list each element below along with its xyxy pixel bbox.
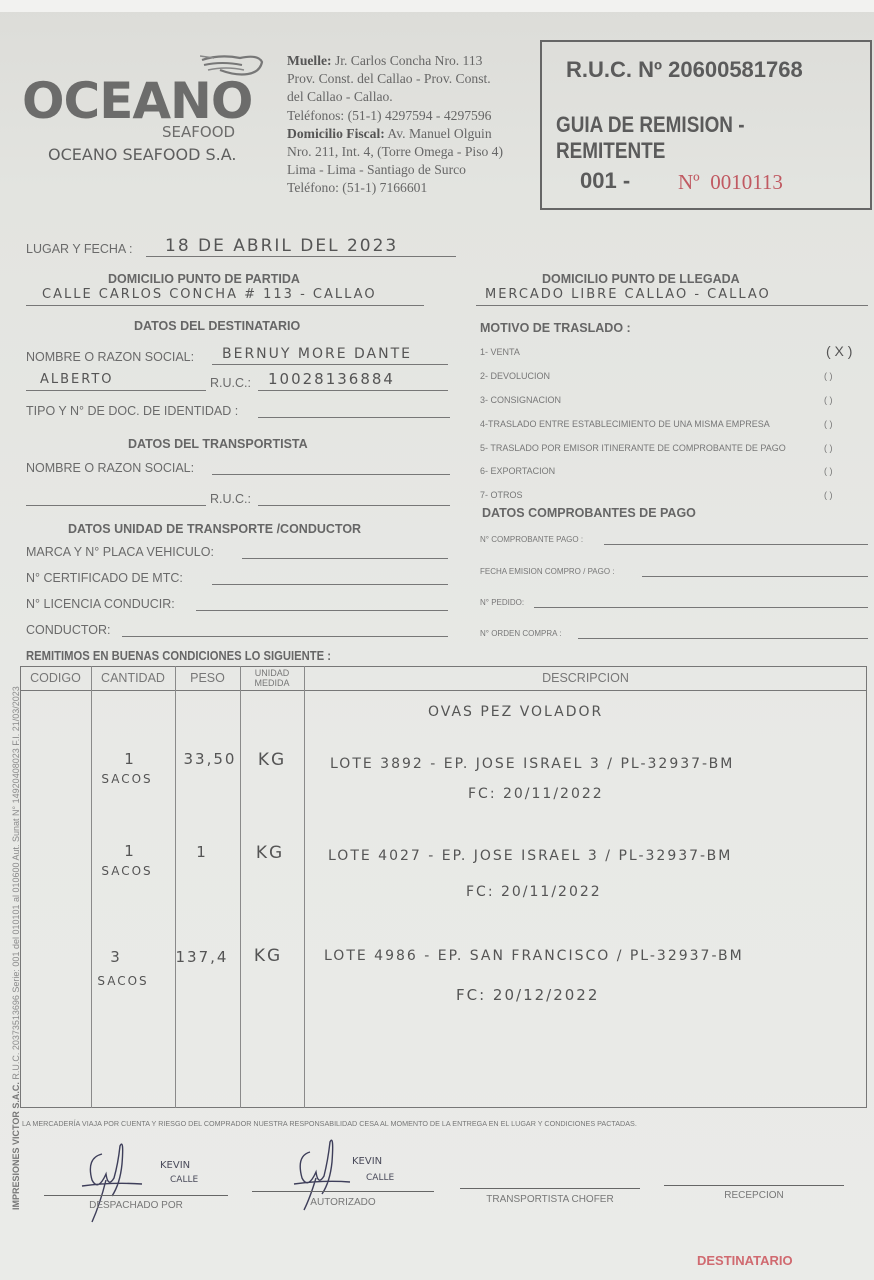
column-divider	[91, 666, 92, 1108]
motivo-option-otros: 7- OTROS	[480, 490, 523, 500]
destinatario-ruc-label: R.U.C.:	[210, 376, 251, 390]
lugar-fecha-line	[146, 256, 456, 257]
destinatario-nombre-value[interactable]: BERNUY MORE DANTE	[222, 346, 412, 362]
motivo-option-devolucion: 2- DEVOLUCION	[480, 371, 550, 381]
address-line: Nro. 211, Int. 4, (Torre Omega - Piso 4)	[287, 143, 537, 161]
unidad-licencia-label: N° LICENCIA CONDUCIR:	[26, 597, 175, 611]
signature-line-transportista[interactable]	[460, 1188, 640, 1189]
motivo-title: MOTIVO DE TRASLADO :	[480, 321, 631, 335]
column-header-unidad-medida: UNIDAD MEDIDA	[240, 666, 304, 690]
destinatario-title: DATOS DEL DESTINATARIO	[134, 319, 300, 333]
row-3-descripcion: LOTE 4986 - EP. SAN FRANCISCO / PL-32937…	[324, 948, 744, 964]
printer-imprint: IMPRESIONES VICTOR S.A.C. R.U.C. 2037351…	[11, 686, 21, 1210]
motivo-checkbox-devolucion[interactable]: ( )	[824, 371, 833, 381]
logo-subtitle: SEAFOOD	[162, 123, 235, 141]
unidad-licencia-line[interactable]	[196, 610, 448, 611]
destinatario-nombre-label: NOMBRE O RAZON SOCIAL:	[26, 350, 194, 364]
signature-line-despachado	[44, 1195, 228, 1196]
address-line: Teléfono: (51-1) 7166601	[287, 179, 537, 197]
motivo-checkbox-venta[interactable]: ( X )	[826, 343, 852, 359]
destinatario-nombre-line-2	[26, 390, 206, 391]
logo-wordmark: OCEANO	[22, 72, 252, 130]
comprobante-pago-label: N° COMPROBANTE PAGO :	[480, 535, 583, 544]
comprobante-pago-line[interactable]	[604, 544, 868, 545]
svg-text:CALLE: CALLE	[366, 1173, 394, 1183]
motivo-checkbox-exportacion[interactable]: ( )	[824, 466, 833, 476]
row-3-peso: 137,4	[172, 948, 232, 966]
unidad-conductor-line[interactable]	[122, 636, 448, 637]
destinatario-doc-line[interactable]	[258, 417, 450, 418]
row-3-cantidad: 3	[86, 948, 146, 966]
address-line: del Callao - Callao.	[287, 88, 537, 106]
company-name: OCEANO SEAFOOD S.A.	[48, 145, 236, 164]
llegada-value[interactable]: MERCADO LIBRE CALLAO - CALLAO	[485, 287, 771, 302]
page-edge	[0, 0, 874, 12]
partida-title: DOMICILIO PUNTO DE PARTIDA	[108, 272, 300, 286]
transportista-title: DATOS DEL TRANSPORTISTA	[128, 437, 308, 451]
column-header-peso: PESO	[175, 666, 240, 690]
row-1-peso: 33,50	[180, 750, 240, 768]
column-header-cantidad: CANTIDAD	[91, 666, 175, 690]
fecha-emision-label: FECHA EMISION COMPRO / PAGO :	[480, 567, 615, 576]
disclaimer-text: LA MERCADERÍA VIAJA POR CUENTA Y RIESGO …	[22, 1119, 637, 1128]
transportista-ruc-label: R.U.C.:	[210, 492, 251, 506]
motivo-option-exportacion: 6- EXPORTACION	[480, 466, 555, 476]
motivo-option-venta: 1- VENTA	[480, 347, 520, 357]
document-page: OCEANO SEAFOOD OCEANO SEAFOOD S.A. Muell…	[0, 0, 874, 1280]
unidad-placa-label: MARCA Y N° PLACA VEHICULO:	[26, 545, 214, 559]
address-line: Lima - Lima - Santiago de Surco	[287, 161, 537, 179]
row-3-unidad: KG	[240, 946, 296, 966]
column-divider	[304, 666, 305, 1108]
copy-label: DESTINATARIO	[697, 1253, 793, 1268]
unidad-placa-line[interactable]	[242, 558, 448, 559]
unidad-conductor-label: CONDUCTOR:	[26, 623, 111, 637]
address-line: Prov. Const. del Callao - Prov. Const.	[287, 70, 537, 88]
signature-label-recepcion: RECEPCION	[664, 1190, 844, 1201]
svg-text:KEVIN: KEVIN	[160, 1160, 190, 1171]
address-line: Teléfonos: (51-1) 4297594 - 4297596	[287, 107, 537, 125]
transportista-nombre-line[interactable]	[212, 474, 450, 475]
motivo-checkbox-otros[interactable]: ( )	[824, 490, 833, 500]
motivo-checkbox-traslado-empresa[interactable]: ( )	[824, 419, 833, 429]
signature-label-transportista: TRANSPORTISTA CHOFER	[460, 1194, 640, 1205]
comprobantes-title: DATOS COMPROBANTES DE PAGO	[482, 506, 696, 520]
ruc-number: R.U.C. Nº 20600581768	[566, 57, 803, 83]
llegada-title: DOMICILIO PUNTO DE LLEGADA	[542, 272, 740, 286]
items-table	[20, 666, 867, 1108]
destinatario-doc-label: TIPO Y N° DE DOC. DE IDENTIDAD :	[26, 404, 238, 418]
svg-text:CALLE: CALLE	[170, 1175, 198, 1185]
address-line: Muelle: Jr. Carlos Concha Nro. 113	[287, 52, 537, 70]
row-3-fecha: FC: 20/12/2022	[456, 986, 599, 1004]
row-3-cantidad-unit: SACOS	[88, 974, 158, 988]
company-address: Muelle: Jr. Carlos Concha Nro. 113 Prov.…	[287, 52, 537, 198]
llegada-line	[476, 305, 868, 306]
row-1-cantidad-unit: SACOS	[92, 772, 162, 786]
document-type: GUIA DE REMISION - REMITENTE	[556, 112, 829, 164]
partida-value[interactable]: CALLE CARLOS CONCHA # 113 - CALLAO	[42, 287, 377, 302]
motivo-option-traslado-empresa: 4-TRASLADO ENTRE ESTABLECIMIENTO DE UNA …	[480, 419, 770, 429]
lugar-fecha-label: LUGAR Y FECHA :	[26, 242, 133, 256]
row-1-cantidad: 1	[100, 750, 160, 768]
row-1-unidad: KG	[244, 750, 300, 770]
items-caption: REMITIMOS EN BUENAS CONDICIONES LO SIGUI…	[26, 649, 331, 663]
transportista-ruc-line[interactable]	[258, 505, 450, 506]
column-header-descripcion: DESCRIPCION	[304, 666, 867, 690]
column-divider	[240, 666, 241, 1108]
row-2-cantidad: 1	[100, 842, 160, 860]
pedido-line[interactable]	[534, 607, 868, 608]
signature-line-autorizado	[252, 1191, 434, 1192]
row-2-unidad: KG	[242, 843, 298, 863]
unidad-mtc-line[interactable]	[212, 584, 448, 585]
table-header-divider	[20, 690, 867, 691]
motivo-checkbox-consignacion[interactable]: ( )	[824, 395, 833, 405]
row-1-descripcion: LOTE 3892 - EP. JOSE ISRAEL 3 / PL-32937…	[330, 756, 734, 772]
address-line: Domicilio Fiscal: Av. Manuel Olguin	[287, 125, 537, 143]
document-number: Nº 0010113	[678, 170, 783, 195]
document-serie: 001 -	[580, 168, 630, 194]
column-header-codigo: CODIGO	[20, 666, 91, 690]
fecha-emision-line[interactable]	[642, 576, 868, 577]
svg-text:KEVIN: KEVIN	[352, 1156, 382, 1167]
lugar-fecha-value[interactable]: 18 DE ABRIL DEL 2023	[165, 236, 398, 256]
destinatario-ruc-value[interactable]: 10028136884	[268, 370, 395, 388]
signature-line-recepcion[interactable]	[664, 1185, 844, 1186]
row-1-fecha: FC: 20/11/2022	[468, 786, 604, 802]
motivo-checkbox-emisor-itinerante[interactable]: ( )	[824, 443, 833, 453]
row-2-descripcion: LOTE 4027 - EP. JOSE ISRAEL 3 / PL-32937…	[328, 848, 732, 864]
unidad-mtc-label: N° CERTIFICADO DE MTC:	[26, 571, 183, 585]
unidad-title: DATOS UNIDAD DE TRANSPORTE /CONDUCTOR	[68, 522, 361, 536]
destinatario-nombre-line	[212, 364, 448, 365]
signature-label-autorizado: AUTORIZADO	[252, 1197, 434, 1208]
destinatario-ruc-line	[258, 390, 448, 391]
column-divider	[175, 666, 176, 1108]
product-title: OVAS PEZ VOLADOR	[428, 704, 603, 720]
row-2-cantidad-unit: SACOS	[92, 864, 162, 878]
transportista-extra-line[interactable]	[26, 505, 206, 506]
motivo-option-consignacion: 3- CONSIGNACION	[480, 395, 561, 405]
destinatario-nombre-value-2[interactable]: ALBERTO	[40, 372, 114, 387]
row-2-peso: 1	[172, 843, 232, 861]
partida-line	[26, 305, 424, 306]
orden-compra-line[interactable]	[578, 638, 868, 639]
row-2-fecha: FC: 20/11/2022	[466, 884, 602, 900]
transportista-nombre-label: NOMBRE O RAZON SOCIAL:	[26, 461, 194, 475]
pedido-label: N° PEDIDO:	[480, 598, 524, 607]
motivo-option-emisor-itinerante: 5- TRASLADO POR EMISOR ITINERANTE DE COM…	[480, 443, 786, 453]
orden-compra-label: N° ORDEN COMPRA :	[480, 629, 561, 638]
signature-label-despachado: DESPACHADO POR	[44, 1200, 228, 1211]
